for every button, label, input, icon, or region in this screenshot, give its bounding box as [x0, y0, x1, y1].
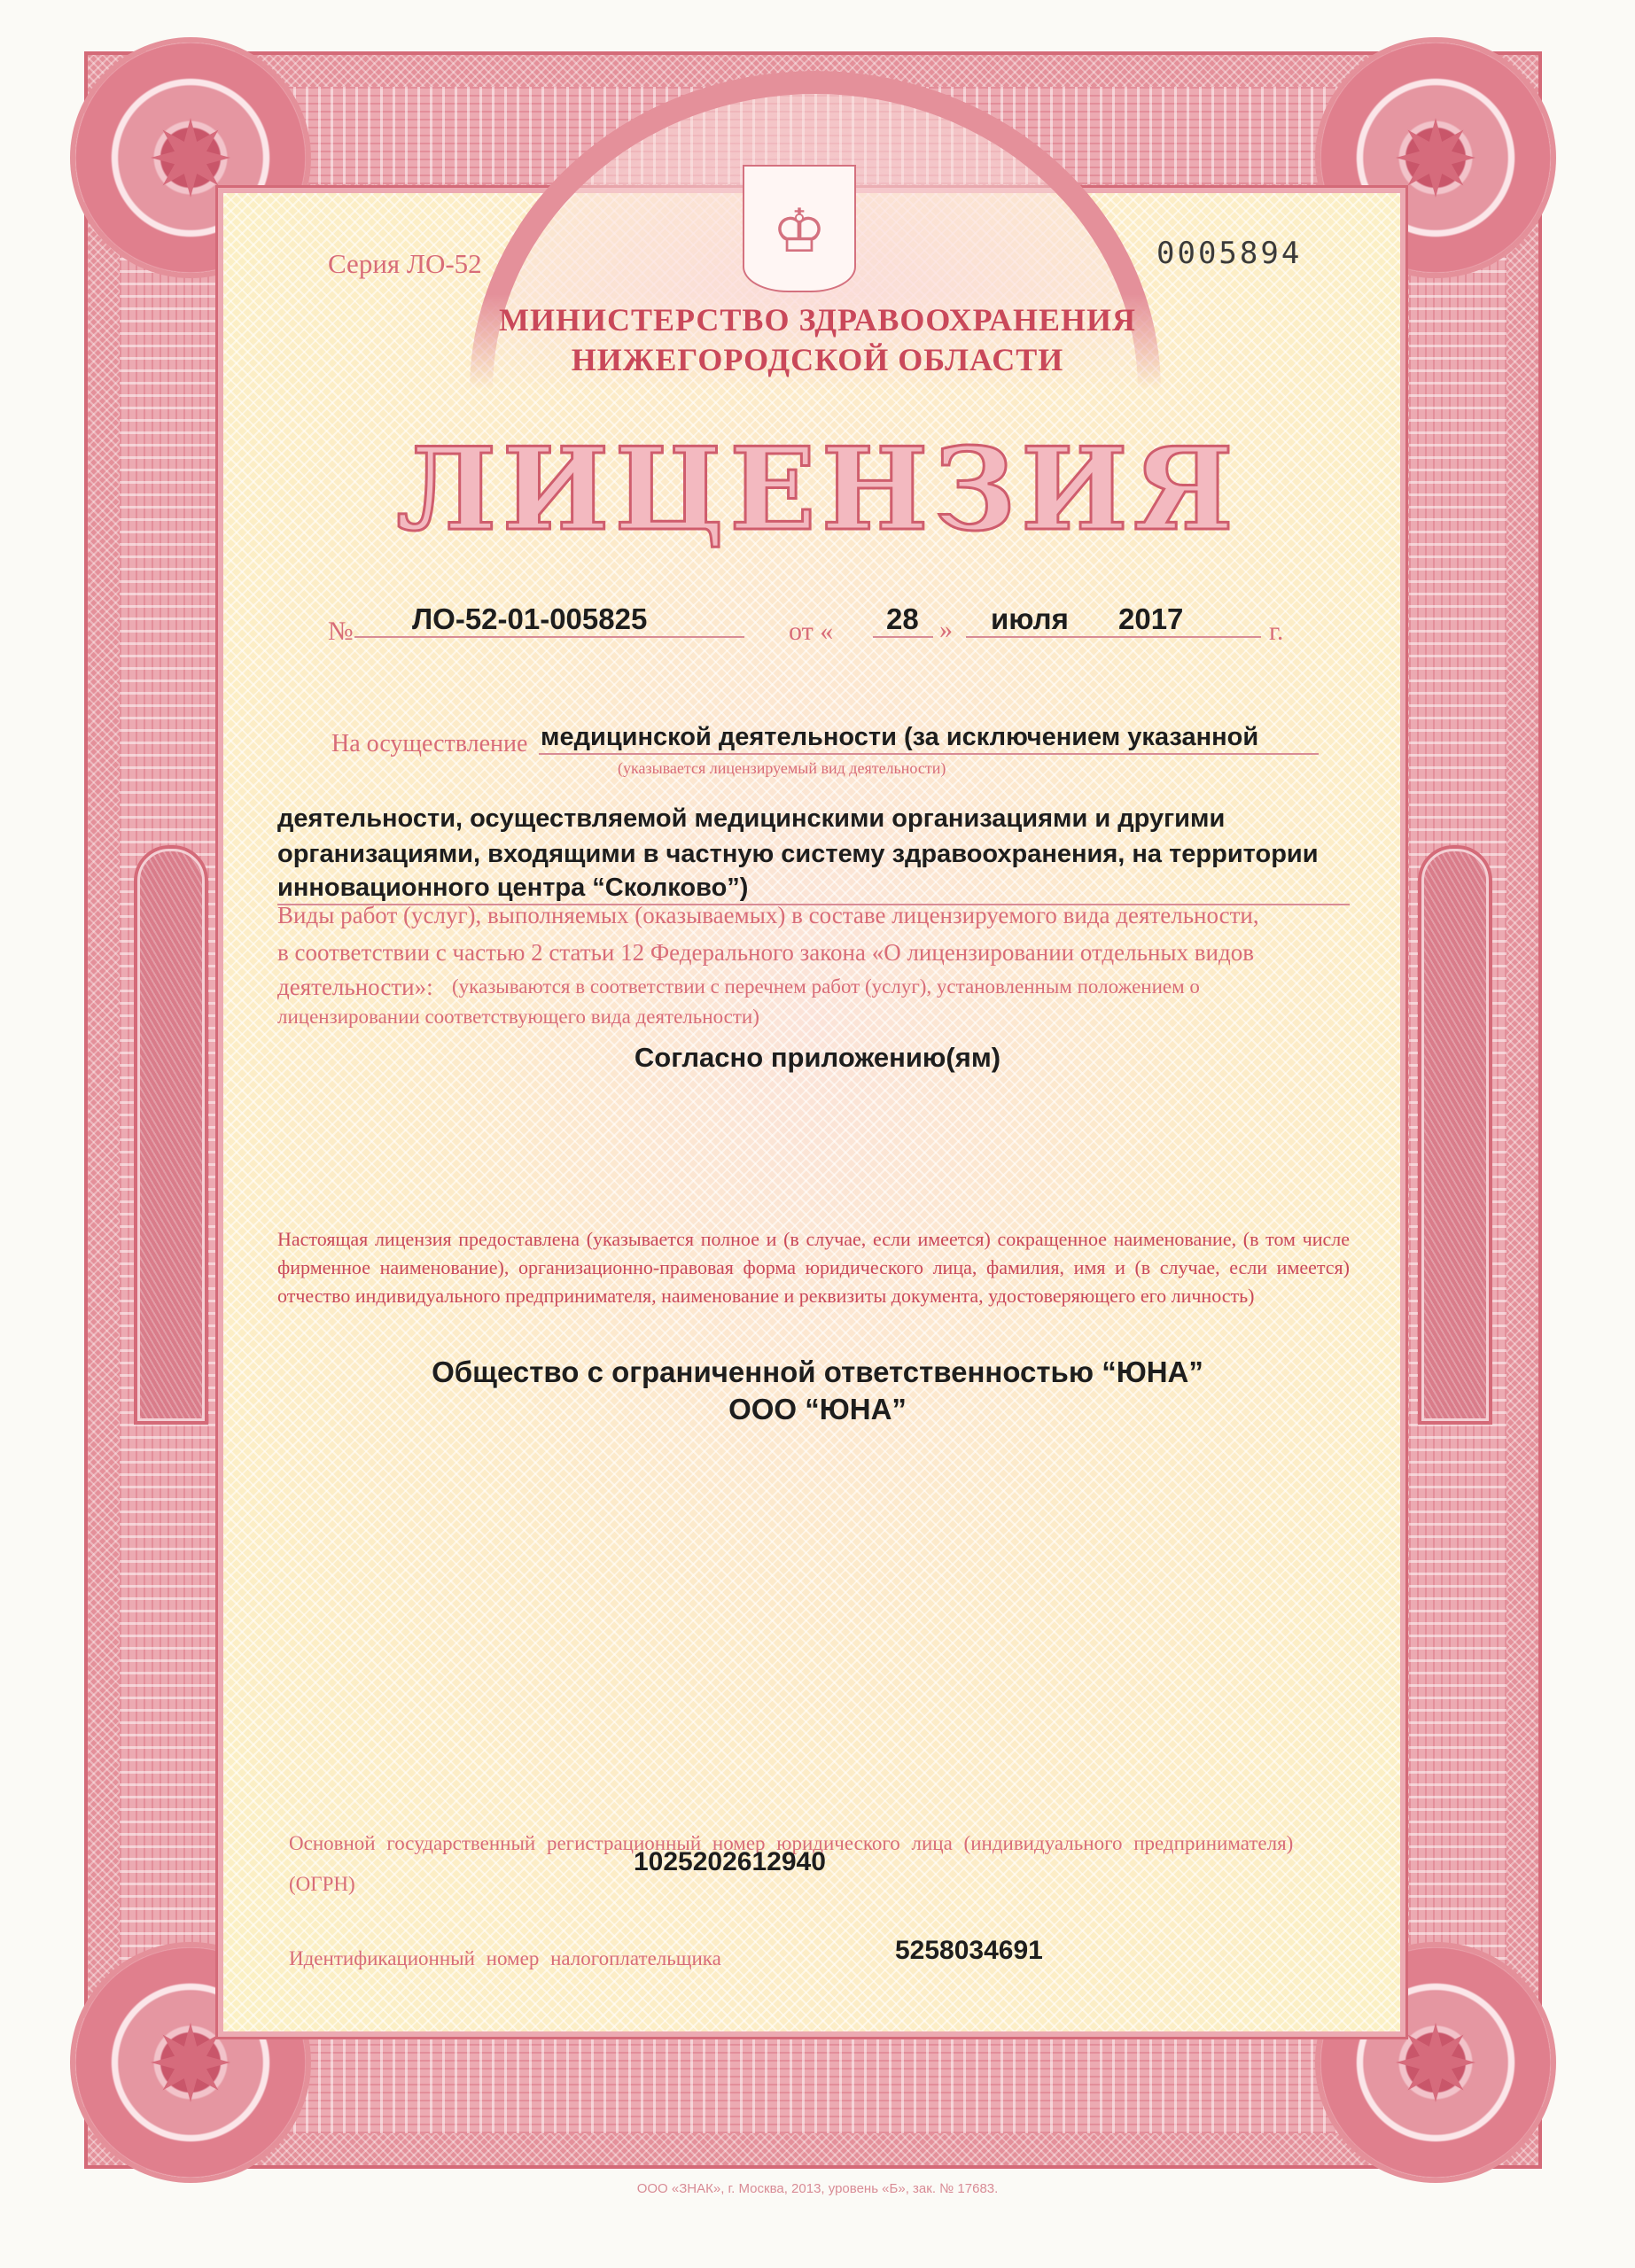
- serial-number: 0005894: [1156, 236, 1302, 271]
- number-label: №: [328, 617, 354, 647]
- coat-of-arms-shield: ♔: [743, 165, 856, 292]
- day-underline: [873, 636, 933, 638]
- month-year-underline: [966, 636, 1261, 638]
- date-quote-close: »: [939, 615, 953, 645]
- license-number: ЛО-52-01-005825: [412, 602, 647, 636]
- russian-coat-of-arms-icon: ♔: [773, 201, 827, 261]
- number-underline: [354, 636, 744, 638]
- issuer-line-1: МИНИСТЕРСТВО ЗДРАВООХРАНЕНИЯ: [0, 301, 1635, 338]
- date-year: 2017: [1118, 602, 1183, 636]
- activity-label: На осуществление: [331, 730, 527, 758]
- license-series: Серия ЛО-52: [328, 248, 482, 280]
- activity-line: деятельности, осуществляемой медицинским…: [277, 804, 1225, 834]
- works-hint-line: (указываются в соответствии с перечнем р…: [452, 975, 1200, 998]
- date-day: 28: [886, 602, 919, 636]
- works-value: Согласно приложению(ям): [0, 1042, 1635, 1074]
- border-band-bottom: [244, 2036, 1382, 2133]
- licensee-full-name: Общество с ограниченной ответственностью…: [0, 1355, 1635, 1389]
- works-label-line: в соответствии с частью 2 статьи 12 Феде…: [277, 939, 1254, 967]
- activity-hint: (указывается лицензируемый вид деятельно…: [618, 759, 946, 778]
- date-month: июля: [991, 602, 1069, 636]
- activity-underline: [539, 753, 1319, 755]
- printer-imprint: ООО «ЗНАК», г. Москва, 2013, уровень «Б»…: [0, 2181, 1635, 2196]
- works-hint-line: лицензировании соответствующего вида дея…: [277, 1006, 759, 1029]
- inn-label: Идентификационный номер налогоплательщик…: [289, 1947, 721, 1970]
- works-label-line: Виды работ (услуг), выполняемых (оказыва…: [277, 902, 1259, 929]
- issuer-line-2: НИЖЕГОРОДСКОЙ ОБЛАСТИ: [0, 341, 1635, 378]
- date-from-label: от «: [789, 617, 833, 647]
- works-label-line: деятельности»:: [277, 974, 433, 1001]
- inn-value: 5258034691: [895, 1936, 1043, 1966]
- side-ornament-right: [1421, 849, 1489, 1421]
- activity-line: медицинской деятельности (за исключением…: [541, 723, 1258, 752]
- licensee-label: Настоящая лицензия предоставлена (указыв…: [277, 1225, 1350, 1310]
- licensee-short-name: ООО “ЮНА”: [0, 1393, 1635, 1426]
- ogrn-value: 1025202612940: [634, 1847, 826, 1877]
- document-title: ЛИЦЕНЗИЯ: [0, 423, 1635, 556]
- side-ornament-left: [137, 849, 205, 1421]
- activity-line: инновационного центра “Сколково”): [277, 874, 748, 903]
- activity-line: организациями, входящими в частную систе…: [277, 840, 1319, 869]
- year-suffix: г.: [1269, 617, 1283, 647]
